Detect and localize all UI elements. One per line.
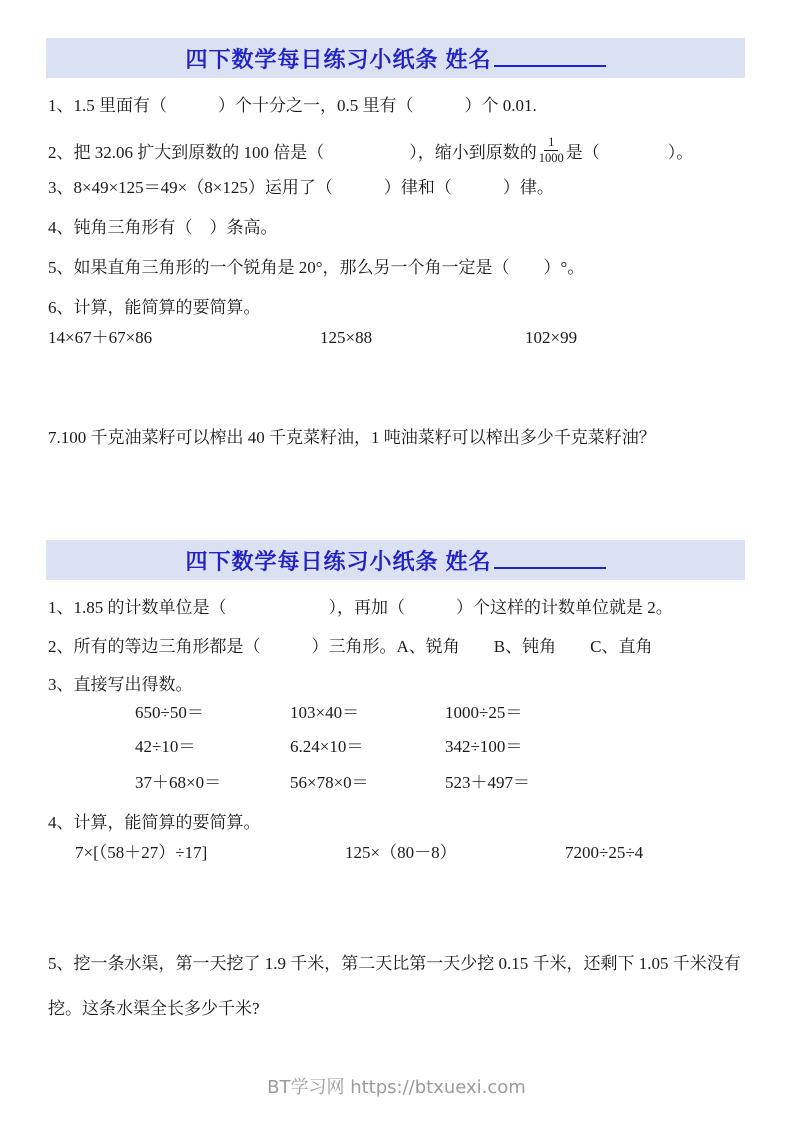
footer-watermark-text: BT学习网 https://btxuexi.com: [267, 1077, 526, 1098]
s2-question-5: 5、挖一条水渠，第一天挖了 1.9 千米，第二天比第一天少挖 0.15 千米，还…: [48, 941, 745, 1031]
section2-title: 四下数学每日练习小纸条 姓名: [185, 545, 605, 576]
worksheet-page: 四下数学每日练习小纸条 姓名 1、1.5 里面有（ ）个十分之一，0.5 里有（…: [0, 0, 793, 1122]
name-blank-underline: [494, 567, 606, 569]
footer: BT学习网 https://btxuexi.com: [48, 1073, 745, 1099]
mental-math-item: 37＋68×0＝: [135, 773, 290, 793]
s2-q3-row-3: 37＋68×0＝ 56×78×0＝ 523＋497＝: [48, 773, 745, 793]
calc-item: 125×（80－8）: [345, 843, 565, 863]
s1-question-1: 1、1.5 里面有（ ）个十分之一，0.5 里有（ ）个 0.01.: [48, 96, 745, 116]
fraction-numerator: 1: [544, 135, 558, 150]
s1-q6-calculation-row: 14×67＋67×86 125×88 102×99: [48, 328, 745, 348]
s2-q3-row-2: 42÷10＝ 6.24×10＝ 342÷100＝: [48, 737, 745, 757]
section2-title-text: 四下数学每日练习小纸条 姓名: [185, 549, 491, 574]
s1-question-2: 2、把 32.06 扩大到原数的 100 倍是（ ），缩小到原数的11000是（…: [48, 132, 745, 168]
s1-q2-text-before: 2、把 32.06 扩大到原数的 100 倍是（ ），缩小到原数的: [48, 138, 537, 163]
s2-question-1: 1、1.85 的计数单位是（ ），再加（ ）个这样的计数单位就是 2。: [48, 598, 745, 618]
section2-header-bar: 四下数学每日练习小纸条 姓名: [46, 540, 745, 580]
mental-math-item: 42÷10＝: [135, 737, 290, 757]
s1-question-7: 7.100 千克油菜籽可以榨出 40 千克菜籽油，1 吨油菜籽可以榨出多少千克菜…: [48, 428, 745, 448]
calc-item: 14×67＋67×86: [48, 328, 320, 348]
fraction-1-over-1000: 11000: [539, 135, 564, 165]
s1-question-4: 4、钝角三角形有（ ）条高。: [48, 218, 745, 238]
s1-question-6: 6、计算，能简算的要简算。: [48, 298, 745, 318]
section1-title: 四下数学每日练习小纸条 姓名: [185, 43, 605, 74]
s2-question-3: 3、直接写出得数。: [48, 675, 745, 695]
mental-math-item: 523＋497＝: [445, 773, 530, 793]
section1-header-bar: 四下数学每日练习小纸条 姓名: [46, 38, 745, 78]
s1-q2-text-after: 是（ ）。: [566, 138, 694, 163]
calc-item: 102×99: [525, 328, 577, 348]
mental-math-item: 56×78×0＝: [290, 773, 445, 793]
s1-question-3: 3、8×49×125＝49×（8×125）运用了（ ）律和（ ）律。: [48, 178, 745, 198]
mental-math-item: 103×40＝: [290, 703, 445, 723]
mental-math-item: 1000÷25＝: [445, 703, 522, 723]
mental-math-item: 6.24×10＝: [290, 737, 445, 757]
s2-q3-row-1: 650÷50＝ 103×40＝ 1000÷25＝: [48, 703, 745, 723]
calc-item: 125×88: [320, 328, 525, 348]
calc-item: 7200÷25÷4: [565, 843, 643, 863]
mental-math-item: 342÷100＝: [445, 737, 522, 757]
name-blank-underline: [494, 65, 606, 67]
mental-math-item: 650÷50＝: [135, 703, 290, 723]
s2-question-2: 2、所有的等边三角形都是（ ）三角形。A、锐角 B、钝角 C、直角: [48, 637, 745, 657]
s1-question-5: 5、如果直角三角形的一个锐角是 20°，那么另一个角一定是（ ）°。: [48, 258, 745, 278]
fraction-denominator: 1000: [539, 151, 564, 165]
s2-question-4: 4、计算，能简算的要简算。: [48, 813, 745, 833]
calc-item: 7×[（58＋27）÷17]: [75, 843, 345, 863]
s2-q4-calculation-row: 7×[（58＋27）÷17] 125×（80－8） 7200÷25÷4: [48, 843, 745, 863]
section1-title-text: 四下数学每日练习小纸条 姓名: [185, 47, 491, 72]
